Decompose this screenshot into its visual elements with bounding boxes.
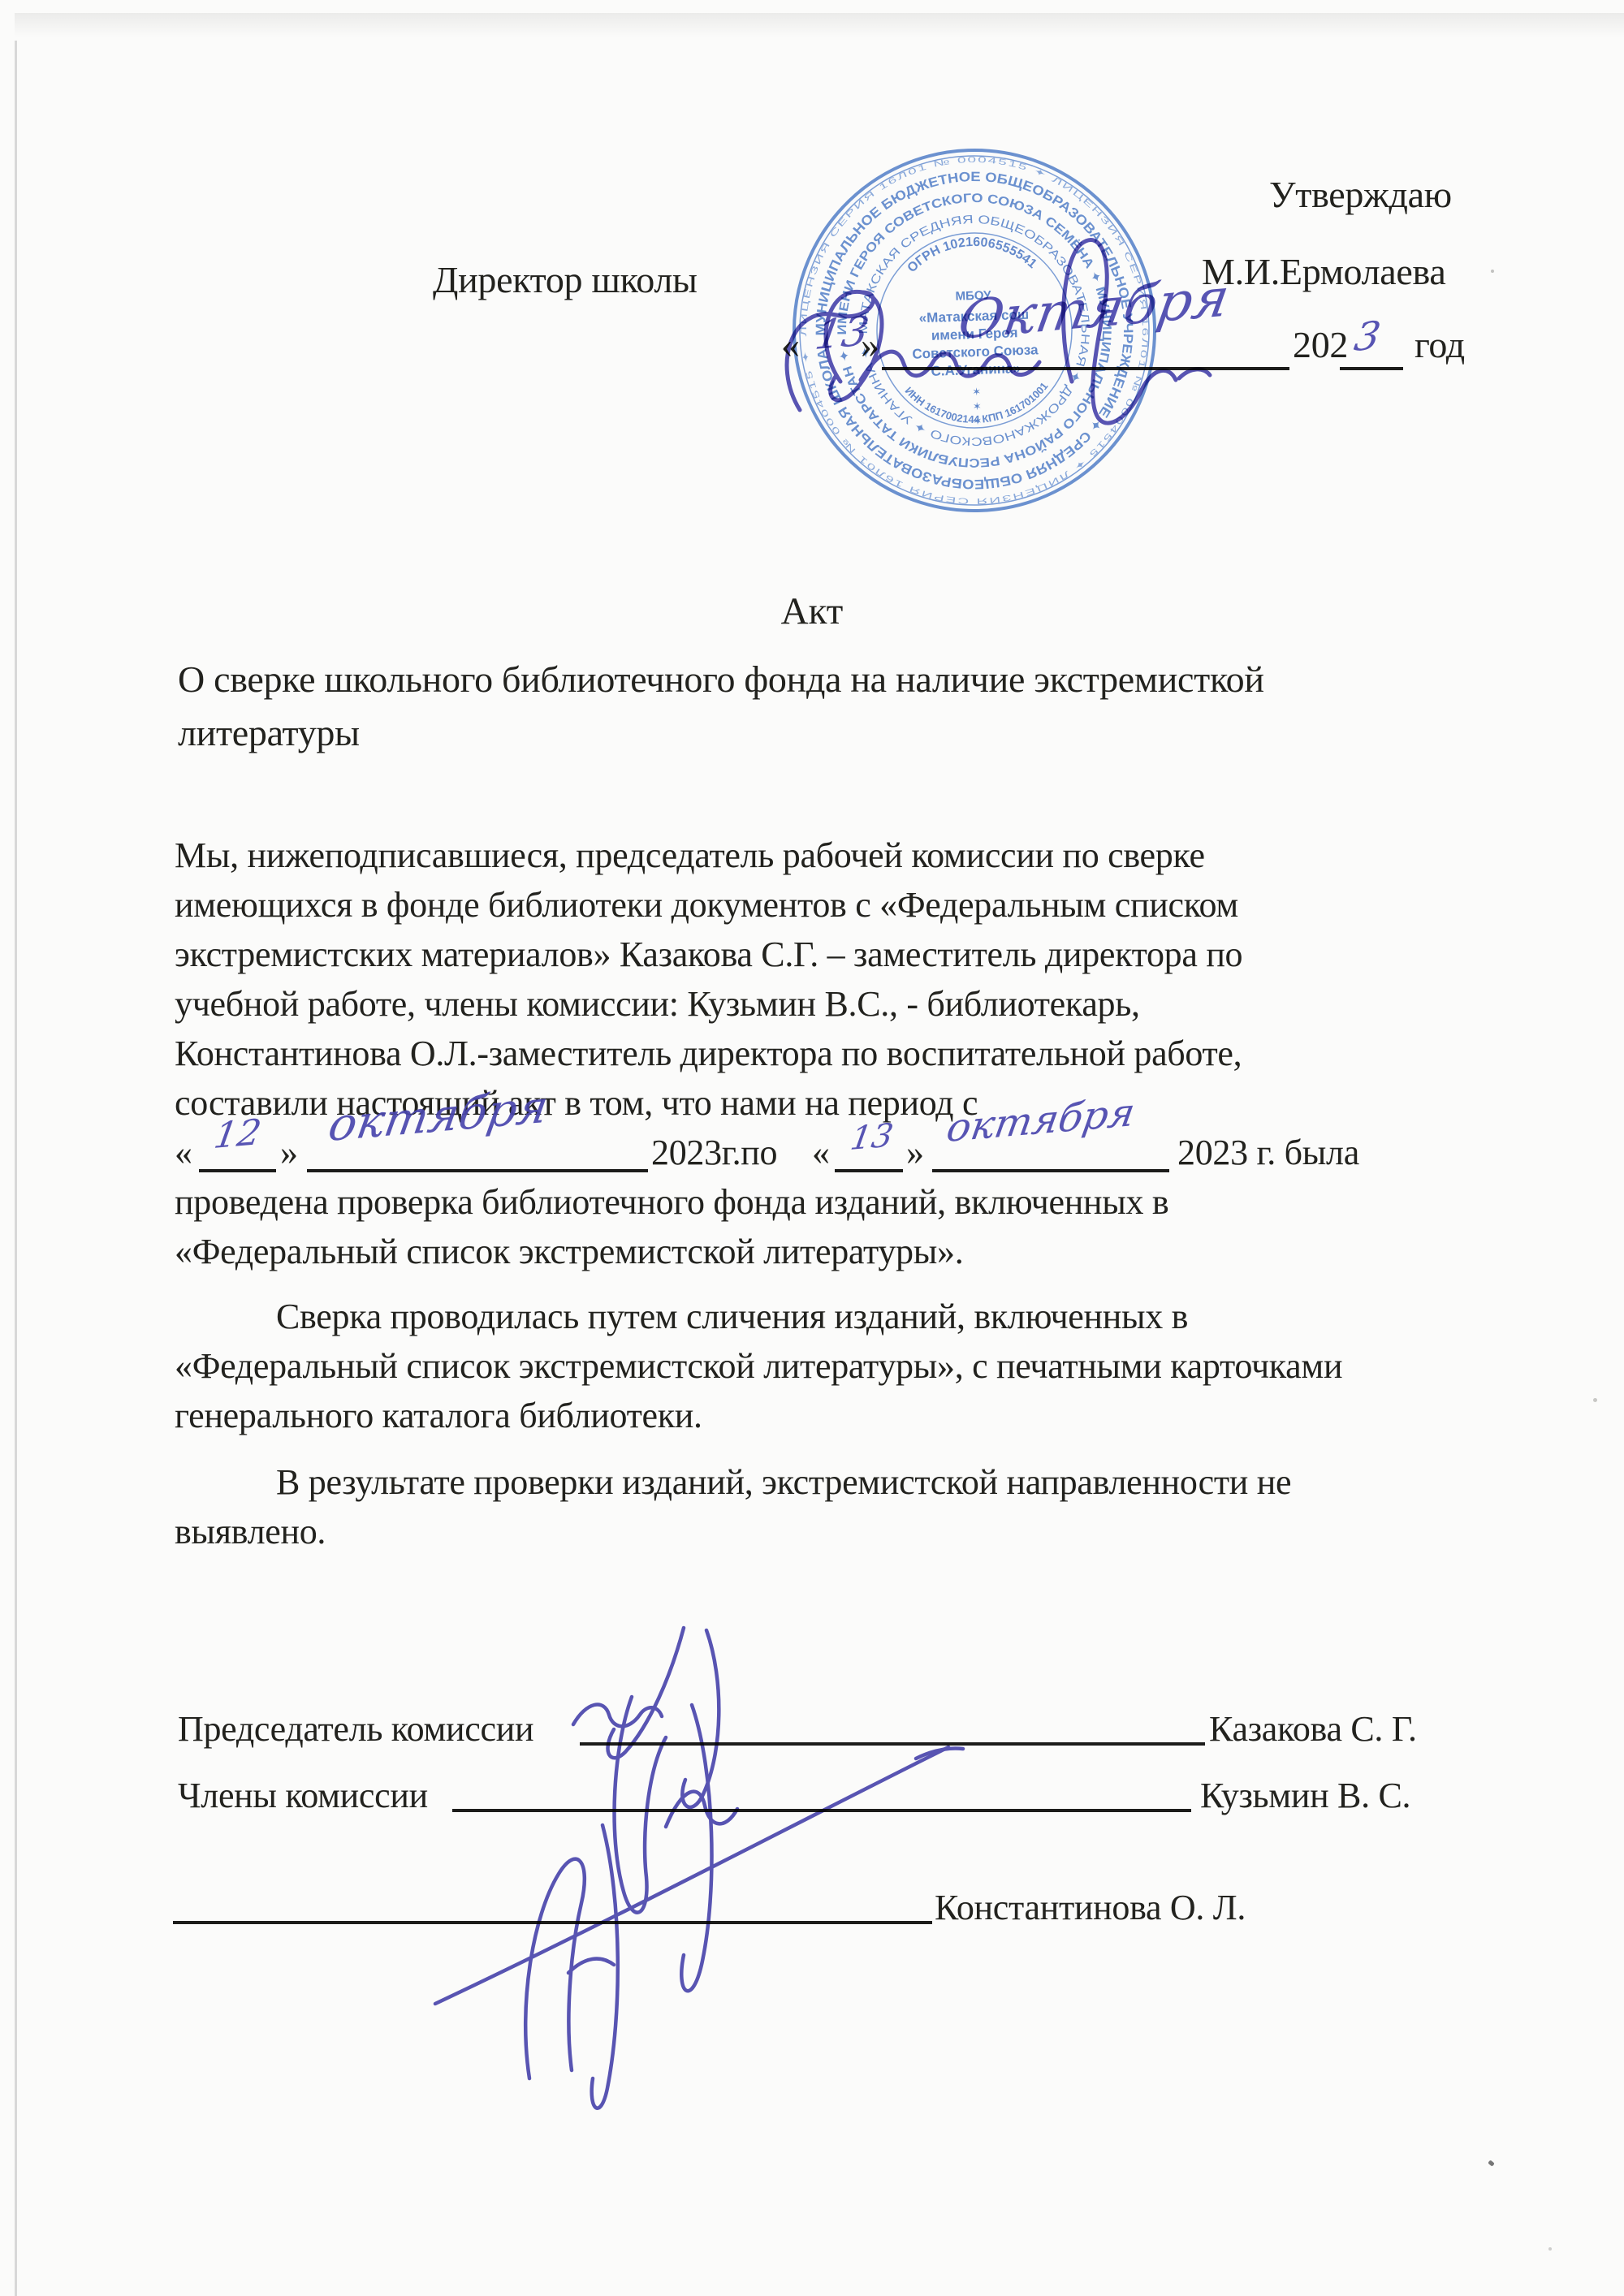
svg-text:ОГРН 1021606555541: ОГРН 1021606555541: [904, 233, 1039, 275]
approve-label: Утверждаю: [1269, 173, 1452, 216]
stamp-ogrn-arc-text: ОГРН 1021606555541: [904, 233, 1039, 275]
stamp-center-line: Советского Союза: [912, 342, 1039, 361]
document-title: Акт: [0, 589, 1624, 633]
body-line: Сверка проводилась путем сличения издани…: [276, 1296, 1188, 1337]
period-day-from-blank: [199, 1169, 276, 1172]
scan-speck: [1593, 1398, 1597, 1402]
stamp-center-line: «Матакская сош: [918, 307, 1029, 326]
stamp-center-line: С.А.Уганина»: [931, 360, 1021, 379]
body-line: имеющихся в фонде библиотеки документов …: [175, 884, 1238, 926]
year-word: год: [1415, 323, 1465, 366]
scan-speck: [1491, 270, 1494, 273]
subtitle-line: литературы: [178, 711, 360, 754]
member1-name: Кузьмин В. С.: [1200, 1775, 1410, 1816]
body-line: учебной работе, члены комиссии: Кузьмин …: [175, 983, 1140, 1025]
stamp-svg: ЛИЦЕНЗИЯ СЕРИЯ 16Л01 № 0004515 ✦ ЛИЦЕНЗИ…: [771, 127, 1177, 533]
body-line: «Федеральный список экстремистской литер…: [175, 1345, 1342, 1387]
period-open-quote-2: «: [812, 1132, 830, 1173]
scan-speck: [1548, 2247, 1552, 2251]
stamp-center-line: имени Героя: [931, 325, 1018, 343]
body-line: Мы, нижеподписавшиеся, председатель рабо…: [175, 835, 1205, 876]
body-line: В результате проверки изданий, экстремис…: [276, 1461, 1291, 1503]
member2-name: Константинова О. Л.: [935, 1887, 1246, 1928]
chairman-label: Председатель комиссии: [178, 1708, 533, 1750]
chairman-signature: [573, 1628, 719, 1807]
approver-name: М.И.Ермолаева: [1202, 250, 1445, 293]
chairman-signature-line: [580, 1742, 1205, 1746]
stamp-center-line: МБОУ: [955, 288, 991, 304]
members-label: Члены комиссии: [178, 1775, 428, 1816]
body-line: Константинова О.Л.-заместитель директора…: [175, 1033, 1242, 1074]
body-line: составили настоящий акт в том, что нами …: [175, 1082, 978, 1124]
body-line: проведена проверка библиотечного фонда и…: [175, 1181, 1168, 1223]
period-close-quote-2: »: [906, 1132, 924, 1173]
scan-artifact-top-edge: [15, 13, 1624, 37]
period-month-from-blank: [307, 1169, 648, 1172]
handwritten-year-digit: 3: [1351, 313, 1384, 360]
period-tail-text: 2023 г. была: [1177, 1132, 1359, 1173]
stamp-star: ✶: [973, 400, 982, 412]
year-blank-line: [1340, 367, 1403, 370]
period-month-to-blank: [932, 1169, 1169, 1172]
member2-signature-line: [173, 1921, 932, 1924]
scan-speck: [1488, 2160, 1495, 2166]
stamp-star: ✶: [973, 415, 982, 427]
chairman-name: Казакова С. Г.: [1209, 1708, 1417, 1750]
official-round-stamp: ЛИЦЕНЗИЯ СЕРИЯ 16Л01 № 0004515 ✦ ЛИЦЕНЗИ…: [771, 127, 1177, 533]
subtitle-line: О сверке школьного библиотечного фонда н…: [178, 658, 1264, 701]
year-prefix: 202: [1293, 323, 1348, 366]
period-close-quote-1: »: [280, 1132, 298, 1173]
member2-signature: [525, 1825, 618, 2108]
period-day-to-blank: [835, 1169, 903, 1172]
handwritten-day-from: 12: [211, 1111, 264, 1157]
director-label: Директор школы: [433, 258, 698, 301]
member1-signature-line: [452, 1809, 1191, 1812]
body-line: «Федеральный список экстремистской литер…: [175, 1231, 963, 1272]
period-middle-text: 2023г.по: [651, 1132, 777, 1173]
body-line: выявлено.: [175, 1511, 326, 1552]
handwritten-day-to: 13: [848, 1117, 896, 1158]
body-line: экстремистских материалов» Казакова С.Г.…: [175, 934, 1242, 975]
scan-artifact-left-edge: [15, 41, 17, 2296]
period-open-quote-1: «: [175, 1132, 192, 1173]
scanned-document-page: Директор школы Утверждаю М.И.Ермолаева «…: [0, 0, 1624, 2296]
body-line: генерального каталога библиотеки.: [175, 1395, 702, 1436]
stamp-star: ✶: [972, 386, 981, 398]
